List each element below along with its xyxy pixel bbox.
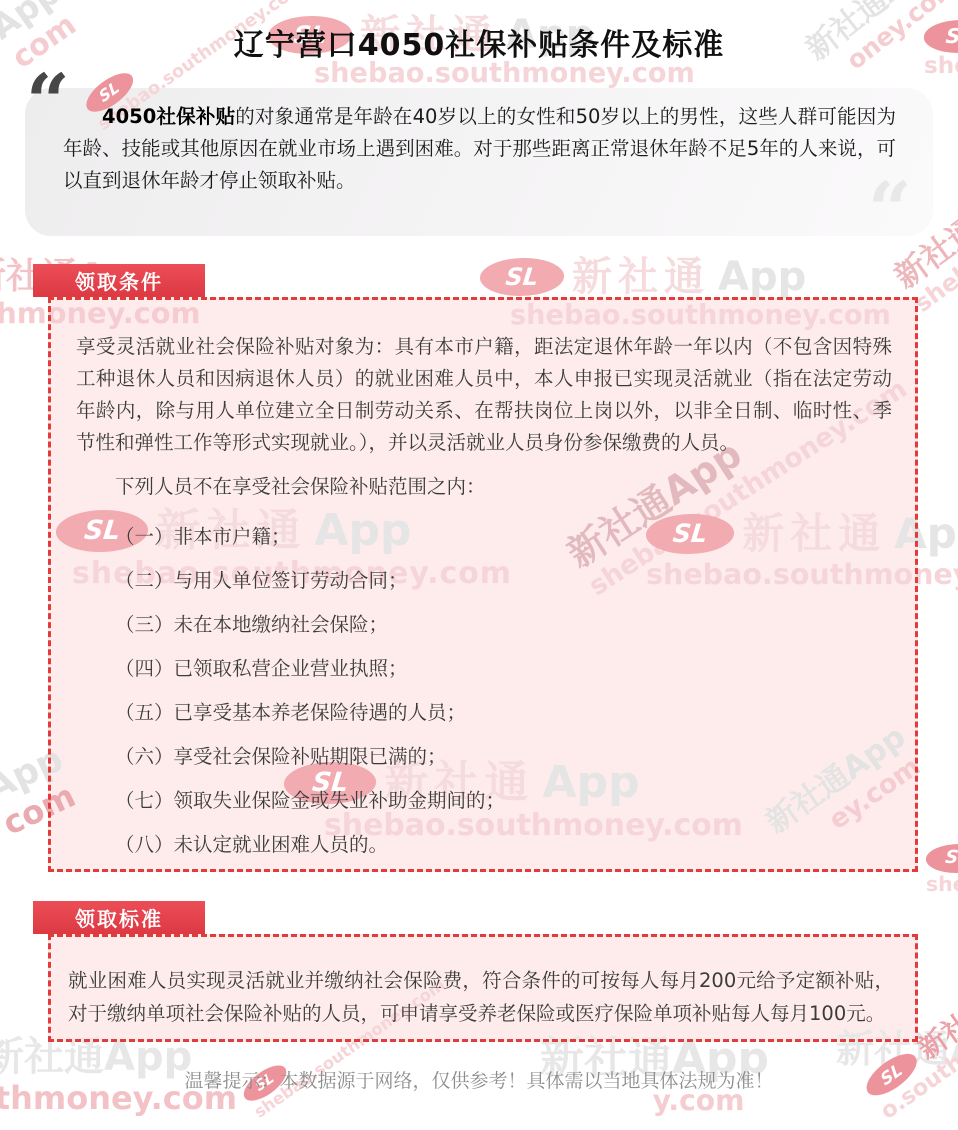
conditions-intro: 享受灵活就业社会保险补贴对象为：具有本市户籍，距法定退休年龄一年以内（不包含因特… — [76, 331, 892, 459]
condition-item: （五）已享受基本养老保险待遇的人员； — [76, 702, 892, 723]
condition-item: （七）领取失业保险金或失业补助金期间的； — [76, 790, 892, 811]
conditions-subtitle: 下列人员不在享受社会保险补贴范围之内： — [76, 471, 892, 503]
brand-cn-watermark: 新社通 — [572, 254, 710, 300]
brand-suffix-watermark: App — [718, 254, 806, 300]
domain-watermark: shebao.southmoney.com — [926, 873, 958, 896]
intro-text: 4050社保补贴的对象通常是年龄在40岁以上的女性和50岁以上的男性，这些人群可… — [63, 101, 896, 197]
page-title: 辽宁营口4050社保补贴条件及标准 — [0, 20, 958, 64]
intro-lead: 4050社保补贴 — [102, 105, 235, 128]
footer-tip: 温馨提示：本数据源于网络，仅供参考！具体需以当地具体法规为准！ — [0, 1066, 958, 1093]
brand-suffix-watermark: App — [873, 0, 949, 10]
standard-panel: 就业困难人员实现灵活就业并缴纳社会保险费，符合条件的可按每人每月200元给予定额… — [48, 934, 918, 1042]
condition-item: （三）未在本地缴纳社会保险； — [76, 614, 892, 635]
page-root: { "page": { "title": "辽宁营口4050社保补贴条件及标准"… — [0, 0, 958, 1130]
standard-text: 就业困难人员实现灵活就业并缴纳社会保险费，符合条件的可按每人每月200元给予定额… — [68, 964, 894, 1030]
condition-item: （二）与用人单位签订劳动合同； — [76, 570, 892, 591]
condition-item: （一）非本市户籍； — [76, 526, 892, 547]
sl-logo-icon: SL — [924, 844, 958, 873]
conditions-panel: 享受灵活就业社会保险补贴对象为：具有本市户籍，距法定退休年龄一年以内（不包含因特… — [48, 297, 918, 872]
section-label-conditions: 领取条件 — [33, 264, 205, 297]
condition-item: （八）未认定就业困难人员的。 — [76, 834, 892, 855]
brand-cn-watermark: 新社通 — [913, 991, 958, 1066]
condition-item: （六）享受社会保险补贴期限已满的； — [76, 746, 892, 767]
condition-item: （四）已领取私营企业营业执照； — [76, 658, 892, 679]
brand-suffix-watermark: App — [950, 1027, 958, 1071]
sl-logo-icon: SL — [478, 258, 566, 296]
section-label-standard: 领取标准 — [33, 901, 205, 934]
watermark-row4-edge: SL shebao.southmoney.com — [926, 844, 958, 896]
